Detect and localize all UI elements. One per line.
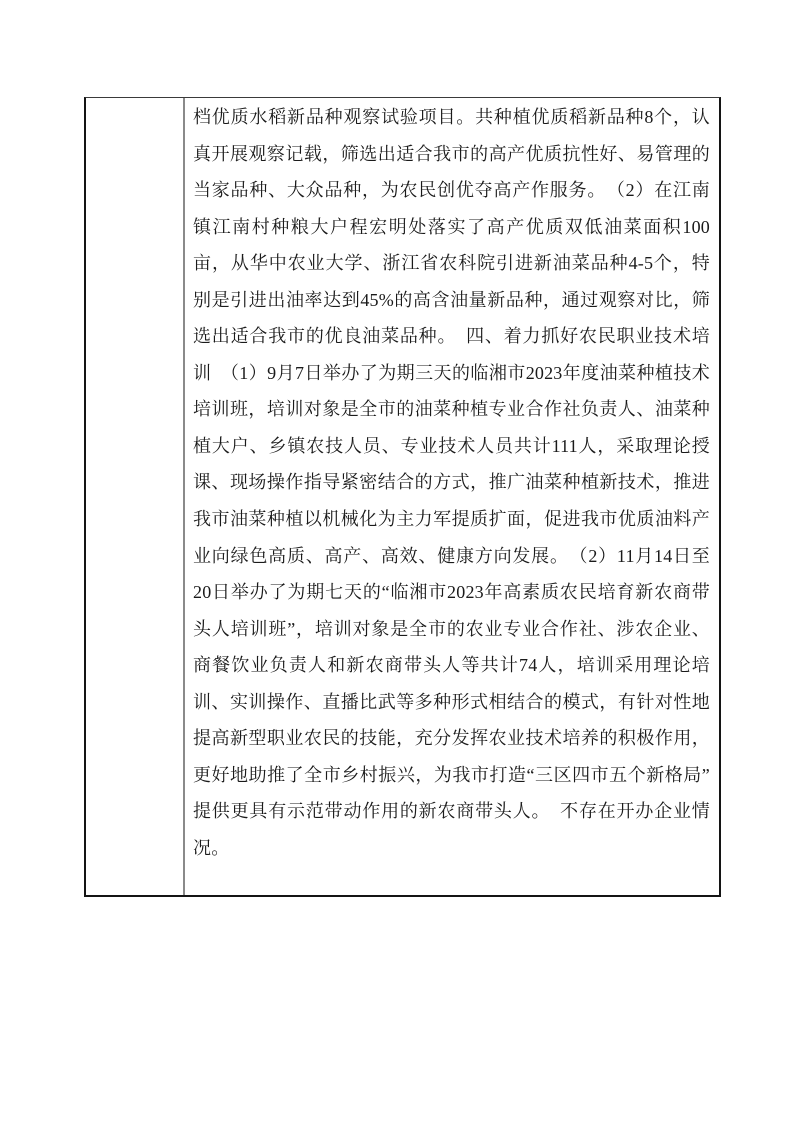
empty-label-cell: [86, 98, 185, 895]
report-table: 档优质水稻新品种观察试验项目。共种植优质稻新品种8个，认真开展观察记载，筛选出适…: [84, 97, 721, 897]
paragraph-line: 我市油菜种植以机械化为主力军提质扩面，促进我市优质油料产: [193, 501, 710, 538]
paragraph-line: 选出适合我市的优良油菜品种。 四、着力抓好农民职业技术培: [193, 318, 710, 355]
document-page: 档优质水稻新品种观察试验项目。共种植优质稻新品种8个，认真开展观察记载，筛选出适…: [0, 0, 794, 1122]
paragraph-line: 提供更具有示范带动作用的新农商带头人。 不存在开办企业情: [193, 793, 710, 830]
paragraph-line: 植大户、乡镇农技人员、专业技术人员共计111人，采取理论授: [193, 428, 710, 465]
paragraph-line: 档优质水稻新品种观察试验项目。共种植优质稻新品种8个，认: [193, 99, 710, 136]
paragraph-line: 头人培训班”，培训对象是全市的农业专业合作社、涉农企业、电: [193, 611, 710, 648]
paragraph-line: 亩，从华中农业大学、浙江省农科院引进新油菜品种4-5个，特: [193, 245, 710, 282]
paragraph-line: 业向绿色高质、高产、高效、健康方向发展。 （2）11月14日至: [193, 538, 710, 575]
paragraph-line: 商餐饮业负责人和新农商带头人等共计74人，培训采用理论培: [193, 647, 710, 684]
paragraph-line: 镇江南村种粮大户程宏明处落实了高产优质双低油菜面积100: [193, 209, 710, 246]
paragraph-line: 培训班，培训对象是全市的油菜种植专业合作社负责人、油菜种: [193, 391, 710, 428]
paragraph-line: 20日举办了为期七天的“临湘市2023年高素质农民培育新农商带: [193, 574, 710, 611]
paragraph-line: 更好地助推了全市乡村振兴，为我市打造“三区四市五个新格局”: [193, 757, 710, 794]
paragraph-line: 别是引进出油率达到45%的高含油量新品种，通过观察对比，筛: [193, 282, 710, 319]
paragraph-line: 真开展观察记载，筛选出适合我市的高产优质抗性好、易管理的: [193, 136, 710, 173]
paragraph-line: 课、现场操作指导紧密结合的方式，推广油菜种植新技术，推进: [193, 464, 710, 501]
paragraph-line: 提高新型职业农民的技能，充分发挥农业技术培养的积极作用，: [193, 720, 710, 757]
paragraph-line: 训、实训操作、直播比武等多种形式相结合的模式，有针对性地: [193, 684, 710, 721]
paragraph-line: 况。: [193, 830, 710, 867]
report-content-cell: 档优质水稻新品种观察试验项目。共种植优质稻新品种8个，认真开展观察记载，筛选出适…: [185, 98, 719, 895]
paragraph-line: 当家品种、大众品种，为农民创优夺高产作服务。 （2）在江南: [193, 172, 710, 209]
paragraph-line: 训 （1）9月7日举办了为期三天的临湘市2023年度油菜种植技术: [193, 355, 710, 392]
